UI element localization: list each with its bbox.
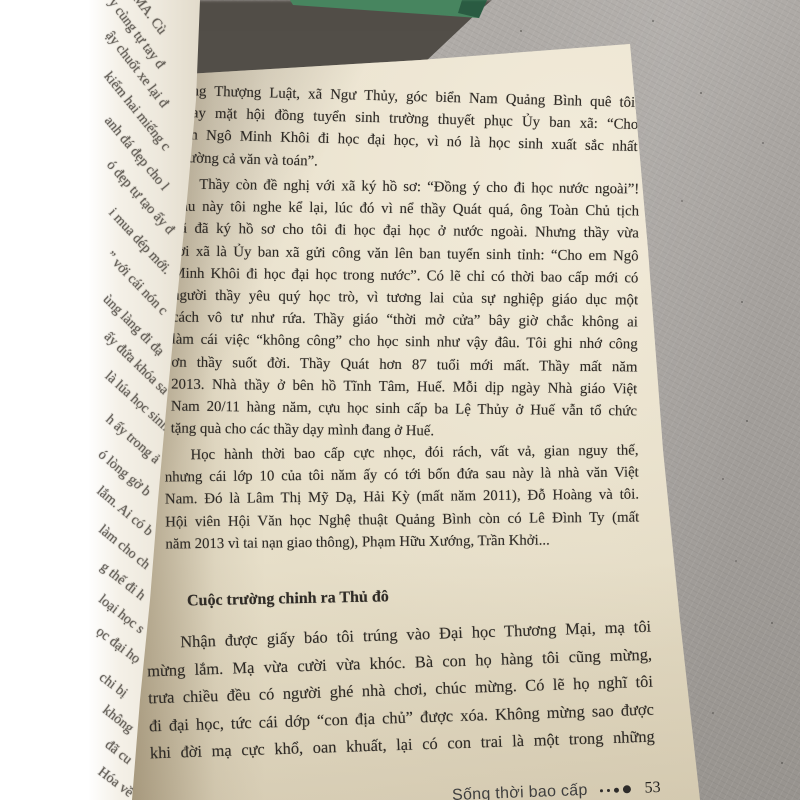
footer-dots-icon [597,780,633,799]
paragraph-continuation: làng Thượng Luật, xã Ngư Thủy, góc biển … [179,80,639,181]
running-title: Sống thời bao cấp [452,782,588,800]
left-page-text-fragment: đã cu [101,737,134,768]
left-page-text-fragment: không [99,703,136,737]
book-photo: làng Thượng Luật, xã Ngư Thủy, góc biển … [0,0,800,800]
left-page-text-fragment: Hóa về [94,765,136,800]
paragraph: Học hành thời bao cấp cực nhọc, đói rách… [164,440,639,556]
left-page-text-fragment: chi bị [95,670,130,702]
paragraph: Nhận được giấy báo tôi trúng vào Đại học… [146,613,655,767]
section-heading: Cuộc trường chinh ra Thủ đô [163,583,637,611]
text-line: năm 2013 vì tai nạn giao thông), Phạm Hữ… [165,528,639,555]
paragraph: Thầy còn đề nghị với xã ký hồ sơ: “Đồng … [171,174,640,445]
page-footer: Sống thời bao cấp53 [452,779,661,800]
page-number: 53 [644,779,661,797]
